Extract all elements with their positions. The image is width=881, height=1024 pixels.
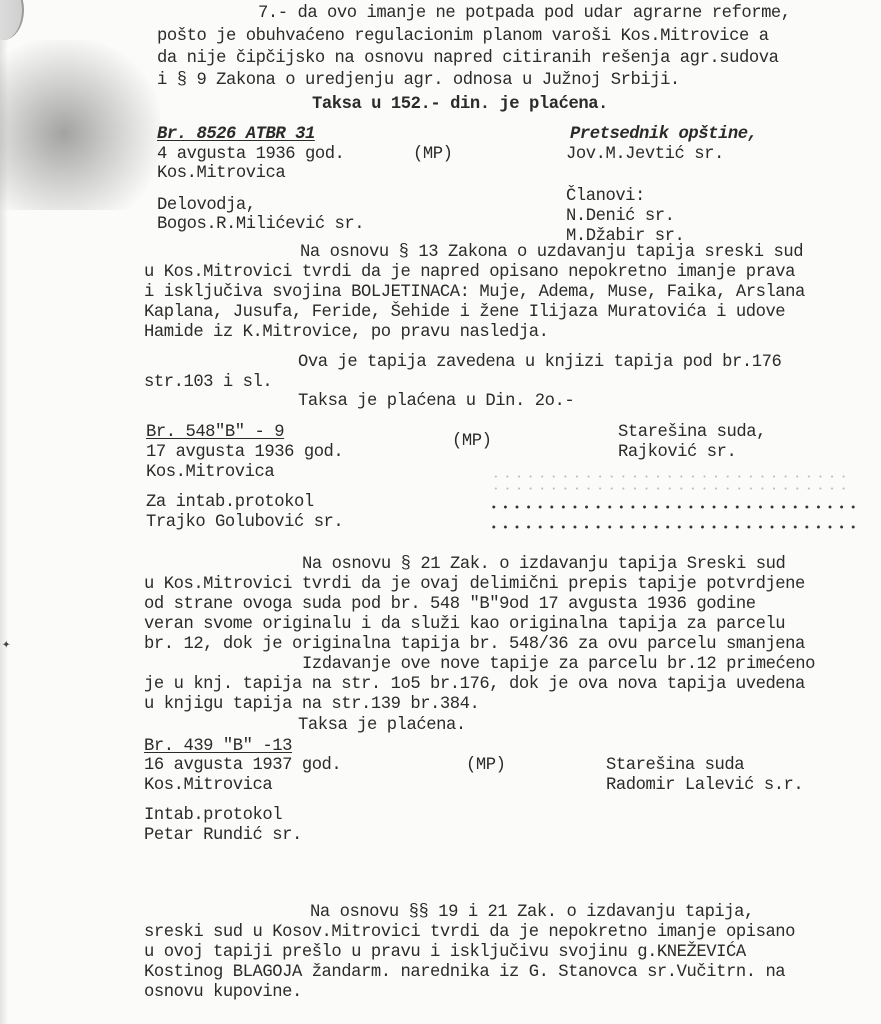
faint-dotted-line [490, 475, 850, 478]
record-2-protocol-title: Za intab.protokol [146, 493, 314, 513]
page-edge-shadow [0, 0, 8, 1024]
paragraph-3-line-1: Ova je tapija zavedena u knjizi tapija p… [298, 353, 781, 373]
record-1-member-1: N.Denić sr. [566, 207, 675, 227]
paragraph-4-line-3: od strane ovoga suda pod br. 548 "B"9od … [144, 595, 756, 615]
record-2-judge-name: Rajković sr. [618, 443, 736, 463]
signature-dotted-line [488, 525, 856, 529]
paragraph-6-line-4: Kostinog BLAGOJA žandarm. narednika iz G… [144, 963, 785, 983]
record-3-place: Kos.Mitrovica [144, 776, 272, 796]
record-2-number: Br. 548"B" - 9 [146, 423, 284, 443]
paragraph-2-line-3: i isključiva svojina BOLJETINACA: Muje, … [144, 283, 805, 303]
tax-line-1: Taksa u 152.- din. je plaćena. [312, 95, 608, 115]
record-1-number: Br. 8526 ATBR 31 [157, 125, 315, 145]
paragraph-3-line-2: str.103 i sl. [144, 373, 272, 393]
record-2-place: Kos.Mitrovica [146, 463, 274, 483]
opening-line-1: 7.- da ovo imanje ne potpada pod udar ag… [258, 4, 791, 24]
tax-line-3: Taksa je plaćena. [298, 716, 466, 736]
record-3-judge-title: Starešina suda [606, 756, 744, 776]
paragraph-4-line-4: veran svome originalu i da služi kao ori… [144, 615, 785, 635]
paragraph-6-line-5: osnovu kupovine. [144, 983, 302, 1003]
record-1-date: 4 avgusta 1936 god. [157, 145, 344, 165]
record-1-president-title: Pretsednik opštine, [570, 125, 757, 145]
paragraph-4-line-5: br. 12, dok je originalna tapija br. 548… [144, 635, 805, 655]
paragraph-6-line-2: sreski sud u Kosov.Mitrovici tvrdi da je… [144, 923, 795, 943]
faint-dotted-line [490, 487, 850, 490]
scanned-document-page: 7.- da ovo imanje ne potpada pod udar ag… [0, 0, 881, 1024]
paragraph-2-line-2: u Kos.Mitrovici tvrdi da je napred opisa… [144, 263, 795, 283]
record-1-clerk-title: Delovodja, [157, 196, 256, 216]
record-3-number: Br. 439 "B" -13 [144, 737, 292, 757]
paragraph-2-line-4: Kaplana, Jusufa, Feride, Šehide i žene I… [144, 303, 785, 323]
record-1-place: Kos.Mitrovica [157, 164, 285, 184]
record-2-date: 17 avgusta 1936 god. [146, 443, 343, 463]
opening-line-2: pošto je obuhvaćeno regulacionim planom … [157, 27, 769, 47]
opening-line-3: da nije čipčijsko na osnovu napred citir… [157, 49, 778, 69]
page-curl [0, 0, 24, 40]
record-1-president-name: Jov.M.Jevtić sr. [566, 145, 724, 165]
record-3-judge-name: Radomir Lalević s.r. [606, 776, 803, 796]
record-1-clerk-name: Bogos.R.Milićević sr. [157, 215, 364, 235]
paragraph-2-line-5: Hamide iz K.Mitrovice, po pravu nasledja… [144, 323, 548, 343]
record-2-seal: (MP) [452, 432, 491, 452]
paragraph-6-line-1: Na osnovu §§ 19 i 21 Zak. o izdavanju ta… [310, 903, 754, 923]
opening-line-4: i § 9 Zakona o uredjenju agr. odnosa u J… [157, 71, 680, 91]
record-2-judge-title: Starešina suda, [618, 423, 766, 443]
record-3-seal: (MP) [466, 756, 505, 776]
record-1-seal: (MP) [413, 145, 452, 165]
paragraph-4-line-1: Na osnovu § 21 Zak. o izdavanju tapija S… [302, 555, 785, 575]
signature-dotted-line [488, 505, 856, 509]
paragraph-5-line-2: je u knj. tapija na str. 1o5 br.176, dok… [144, 675, 805, 695]
paragraph-6-line-3: u ovoj tapiji prešlo u pravu i isključiv… [144, 943, 746, 963]
record-3-date: 16 avgusta 1937 god. [144, 756, 341, 776]
scan-smudge [0, 40, 160, 210]
paragraph-2-line-1: Na osnovu § 13 Zakona o uzdavanju tapija… [300, 243, 803, 263]
record-3-protocol-name: Petar Rundić sr. [144, 826, 302, 846]
tax-line-2: Taksa je plaćena u Din. 2o.- [298, 392, 574, 412]
record-1-members-title: Članovi: [566, 187, 645, 207]
paragraph-5-line-3: u knjigu tapija na str.139 br.384. [144, 695, 479, 715]
paragraph-4-line-2: u Kos.Mitrovici tvrdi da je ovaj delimič… [144, 575, 805, 595]
paragraph-5-line-1: Izdavanje ove nove tapije za parcelu br.… [302, 655, 815, 675]
record-3-protocol-title: Intab.protokol [144, 806, 282, 826]
record-2-protocol-name: Trajko Golubović sr. [146, 513, 343, 533]
margin-mark: ✦ [2, 636, 10, 653]
